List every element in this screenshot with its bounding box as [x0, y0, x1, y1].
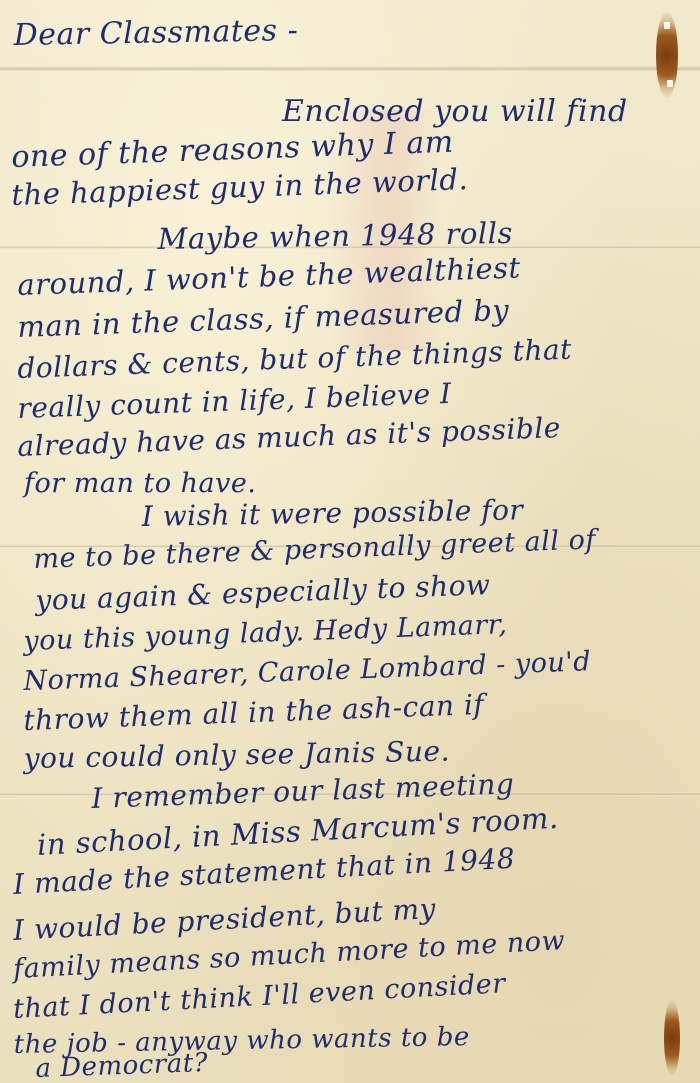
letter-line: throw them all in the ash-can if [23, 688, 485, 737]
letter-line: a Democrat? [35, 1048, 209, 1083]
letter-line: man in the class, if measured by [17, 293, 510, 344]
letter-line: you this young lady. Hedy Lamarr, [23, 609, 508, 657]
letter-line: Maybe when 1948 rolls [157, 216, 513, 256]
letter-line: Enclosed you will find [282, 94, 628, 129]
letter-line: you again & especially to show [35, 568, 491, 617]
letter-line: me to be there & personally greet all of [33, 524, 596, 575]
letter-line: I wish it were possible for [141, 493, 523, 533]
salutation: Dear Classmates - [13, 13, 298, 53]
letter-line: for man to have. [24, 468, 256, 499]
letter-body: Dear Classmates - Enclosed you will find… [0, 0, 700, 1083]
letter-page: Dear Classmates - Enclosed you will find… [0, 0, 700, 1083]
letter-line: you could only see Janis Sue. [23, 735, 450, 775]
